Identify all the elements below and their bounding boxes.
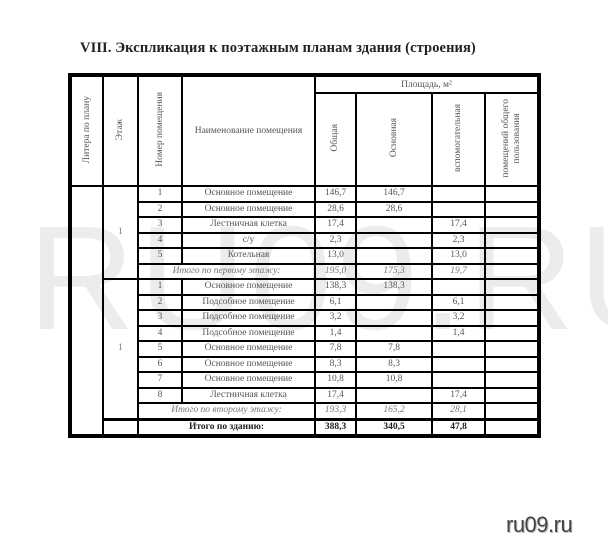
header-area-main: Основная [356,93,432,186]
room-number-cell: 8 [138,388,182,404]
explication-table: Литера по плану Этаж Номер помещения Наи… [68,73,541,438]
table-row: 8Лестничная клетка17,417,4 [70,388,539,404]
area-total-cell: 10,8 [315,372,356,388]
area-total-cell: 8,3 [315,357,356,373]
document-title: VIII. Экспликация к поэтажным планам зда… [80,40,520,57]
area-main-cell [356,217,432,233]
area-auxiliary-cell: 1,4 [432,326,485,342]
room-name-cell: Лестничная клетка [182,388,315,404]
area-total-cell: 6,1 [315,295,356,311]
room-number-cell: 4 [138,233,182,249]
header-room-number: Номер помещения [138,75,182,186]
area-auxiliary-cell [432,357,485,373]
area-main-cell: 7,8 [356,341,432,357]
room-number-cell: 7 [138,372,182,388]
area-auxiliary-cell: 6,1 [432,295,485,311]
area-common-cell [485,357,539,373]
subtotal-common [485,403,539,419]
floor-cell: 1 [103,279,138,419]
area-common-cell [485,217,539,233]
table-row: 7Основное помещение10,810,8 [70,372,539,388]
subtotal-auxiliary: 19,7 [432,264,485,280]
area-total-cell: 13,0 [315,248,356,264]
room-number-cell: 5 [138,341,182,357]
grand-total-floor-blank [103,419,138,436]
area-common-cell [485,186,539,202]
area-auxiliary-cell: 13,0 [432,248,485,264]
room-number-cell: 3 [138,217,182,233]
area-main-cell [356,248,432,264]
area-total-cell: 2,3 [315,233,356,249]
table-row: 3Лестничная клетка17,417,4 [70,217,539,233]
room-name-cell: Подсобное помещение [182,326,315,342]
floor-subtotal-row: Итого по второму этажу:193,3165,228,1 [70,403,539,419]
area-total-cell: 17,4 [315,388,356,404]
table-row: 3Подсобное помещение3,23,2 [70,310,539,326]
table-row: 11Основное помещение146,7146,7 [70,186,539,202]
area-main-cell: 10,8 [356,372,432,388]
room-name-cell: Основное помещение [182,372,315,388]
area-auxiliary-cell [432,186,485,202]
area-auxiliary-cell [432,279,485,295]
grand-total-row: Итого по зданию:388,3340,547,8 [70,419,539,436]
header-area-total: Общая [315,93,356,186]
area-main-cell [356,388,432,404]
room-number-cell: 2 [138,295,182,311]
room-name-cell: с/у [182,233,315,249]
room-name-cell: Лестничная клетка [182,217,315,233]
grand-total-common [485,419,539,436]
area-main-cell: 138,3 [356,279,432,295]
area-main-cell [356,233,432,249]
area-auxiliary-cell: 17,4 [432,388,485,404]
table-row: 4с/у2,32,3 [70,233,539,249]
area-common-cell [485,248,539,264]
header-floor: Этаж [103,75,138,186]
grand-total-main: 340,5 [356,419,432,436]
table-row: 4Подсобное помещение1,41,4 [70,326,539,342]
area-common-cell [485,310,539,326]
area-total-cell: 3,2 [315,310,356,326]
area-main-cell: 146,7 [356,186,432,202]
room-name-cell: Основное помещение [182,202,315,218]
table-row: 11Основное помещение138,3138,3 [70,279,539,295]
area-main-cell [356,295,432,311]
area-common-cell [485,388,539,404]
room-number-cell: 6 [138,357,182,373]
floor-subtotal-row: Итого по первому этажу:195,0175,319,7 [70,264,539,280]
header-area-group: Площадь, м² [315,75,539,93]
room-name-cell: Подсобное помещение [182,310,315,326]
subtotal-total: 195,0 [315,264,356,280]
grand-total-label: Итого по зданию: [138,419,315,436]
header-area-common: помещений общегопользования [485,93,539,186]
grand-total-auxiliary: 47,8 [432,419,485,436]
subtotal-label: Итого по первому этажу: [138,264,315,280]
site-logo: ru09.ru [506,512,572,538]
area-main-cell [356,310,432,326]
area-auxiliary-cell [432,202,485,218]
table-row: 2Подсобное помещение6,16,1 [70,295,539,311]
area-auxiliary-cell: 17,4 [432,217,485,233]
area-auxiliary-cell: 3,2 [432,310,485,326]
room-number-cell: 2 [138,202,182,218]
area-auxiliary-cell [432,341,485,357]
room-name-cell: Основное помещение [182,341,315,357]
floor-cell: 1 [103,186,138,279]
subtotal-main: 175,3 [356,264,432,280]
area-common-cell [485,341,539,357]
header-area-auxiliary: вспомогательная [432,93,485,186]
header-litera: Литера по плану [70,75,103,186]
subtotal-auxiliary: 28,1 [432,403,485,419]
area-main-cell: 28,6 [356,202,432,218]
room-name-cell: Котельная [182,248,315,264]
area-total-cell: 28,6 [315,202,356,218]
area-common-cell [485,279,539,295]
area-total-cell: 1,4 [315,326,356,342]
table-row: 6Основное помещение8,38,3 [70,357,539,373]
room-name-cell: Подсобное помещение [182,295,315,311]
subtotal-label: Итого по второму этажу: [138,403,315,419]
room-number-cell: 5 [138,248,182,264]
area-auxiliary-cell: 2,3 [432,233,485,249]
area-common-cell [485,326,539,342]
area-main-cell [356,326,432,342]
room-number-cell: 4 [138,326,182,342]
room-number-cell: 1 [138,186,182,202]
area-common-cell [485,233,539,249]
room-name-cell: Основное помещение [182,357,315,373]
area-common-cell [485,372,539,388]
subtotal-main: 165,2 [356,403,432,419]
area-common-cell [485,295,539,311]
table-row: 5Котельная13,013,0 [70,248,539,264]
area-total-cell: 17,4 [315,217,356,233]
room-number-cell: 3 [138,310,182,326]
header-room-name: Наименование помещения [182,75,315,186]
table-row: 5Основное помещение7,87,8 [70,341,539,357]
area-common-cell [485,202,539,218]
room-number-cell: 1 [138,279,182,295]
grand-total-total: 388,3 [315,419,356,436]
table-row: 2Основное помещение28,628,6 [70,202,539,218]
area-main-cell: 8,3 [356,357,432,373]
area-total-cell: 146,7 [315,186,356,202]
area-auxiliary-cell [432,372,485,388]
area-total-cell: 138,3 [315,279,356,295]
subtotal-total: 193,3 [315,403,356,419]
area-total-cell: 7,8 [315,341,356,357]
litera-cell [70,186,103,436]
room-name-cell: Основное помещение [182,279,315,295]
room-name-cell: Основное помещение [182,186,315,202]
subtotal-common [485,264,539,280]
